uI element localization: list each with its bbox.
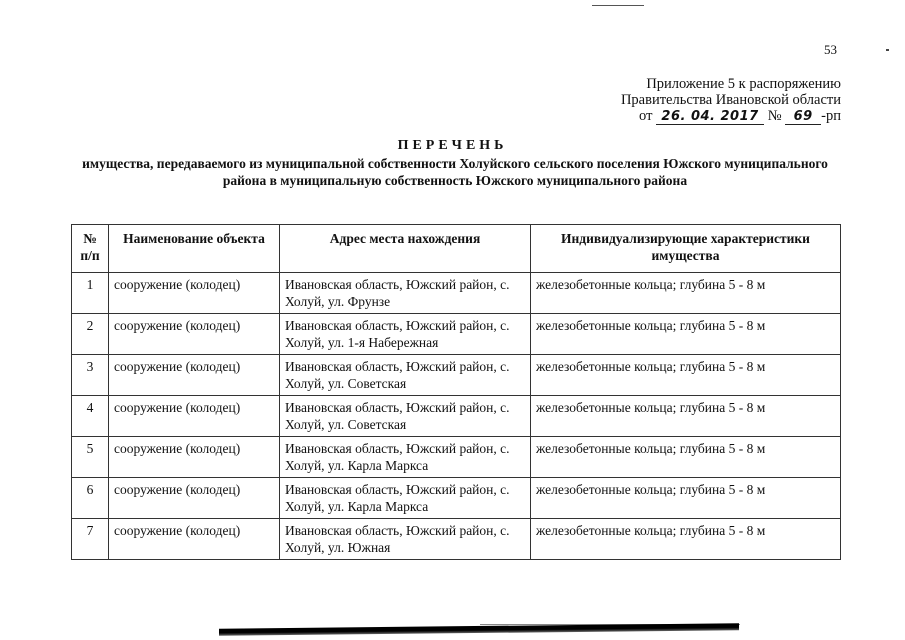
cell-characteristics: железобетонные кольца; глубина 5 - 8 м [531,314,841,355]
table-row: 7 сооружение (колодец) Ивановская област… [72,519,841,560]
cell-name: сооружение (колодец) [109,355,280,396]
order-suffix: -рп [821,108,841,124]
cell-address: Ивановская область, Южский район, с. Хол… [280,519,531,560]
page-number: 53 [824,42,837,58]
cell-name: сооружение (колодец) [109,273,280,314]
handwritten-date: 26. 04. 2017 [656,110,764,125]
cell-characteristics: железобетонные кольца; глубина 5 - 8 м [531,519,841,560]
handwritten-number: 69 [785,110,821,125]
scan-artifact-top-line [592,5,644,6]
appendix-line-2: Правительства Ивановской области [621,92,841,108]
cell-num: 5 [72,437,109,478]
header-name: Наименование объекта [109,225,280,273]
cell-num: 2 [72,314,109,355]
table-row: 4 сооружение (колодец) Ивановская област… [72,396,841,437]
cell-characteristics: железобетонные кольца; глубина 5 - 8 м [531,355,841,396]
table-header-row: № п/п Наименование объекта Адрес места н… [72,225,841,273]
cell-num: 7 [72,519,109,560]
table-row: 2 сооружение (колодец) Ивановская област… [72,314,841,355]
header-num: № п/п [72,225,109,273]
cell-name: сооружение (колодец) [109,437,280,478]
table-row: 5 сооружение (колодец) Ивановская област… [72,437,841,478]
property-table: № п/п Наименование объекта Адрес места н… [71,224,841,560]
table-row: 6 сооружение (колодец) Ивановская област… [72,478,841,519]
cell-num: 6 [72,478,109,519]
cell-characteristics: железобетонные кольца; глубина 5 - 8 м [531,437,841,478]
cell-name: сооружение (колодец) [109,478,280,519]
cell-characteristics: железобетонные кольца; глубина 5 - 8 м [531,478,841,519]
cell-num: 4 [72,396,109,437]
cell-characteristics: железобетонные кольца; глубина 5 - 8 м [531,396,841,437]
cell-num: 1 [72,273,109,314]
table-row: 1 сооружение (колодец) Ивановская област… [72,273,841,314]
cell-num: 3 [72,355,109,396]
appendix-line-1: Приложение 5 к распоряжению [621,76,841,92]
scan-artifact-dot [886,49,889,51]
appendix-line-3: от 26. 04. 2017 № 69-рп [621,108,841,125]
cell-name: сооружение (колодец) [109,396,280,437]
cell-address: Ивановская область, Южский район, с. Хол… [280,314,531,355]
document-subtitle: имущества, передаваемого из муниципально… [60,155,850,189]
cell-characteristics: железобетонные кольца; глубина 5 - 8 м [531,273,841,314]
header-address: Адрес места нахождения [280,225,531,273]
cell-address: Ивановская область, Южский район, с. Хол… [280,478,531,519]
number-label: № [768,108,782,124]
cell-name: сооружение (колодец) [109,519,280,560]
table-row: 3 сооружение (колодец) Ивановская област… [72,355,841,396]
scan-artifact-bottom-bar [219,623,739,635]
cell-address: Ивановская область, Южский район, с. Хол… [280,273,531,314]
cell-address: Ивановская область, Южский район, с. Хол… [280,396,531,437]
appendix-header: Приложение 5 к распоряжению Правительств… [621,76,841,125]
cell-address: Ивановская область, Южский район, с. Хол… [280,437,531,478]
document-title: ПЕРЕЧЕНЬ [0,138,905,154]
cell-name: сооружение (колодец) [109,314,280,355]
cell-address: Ивановская область, Южский район, с. Хол… [280,355,531,396]
header-characteristics: Индивидуализирующие характеристики имуще… [531,225,841,273]
from-label: от [639,108,652,124]
